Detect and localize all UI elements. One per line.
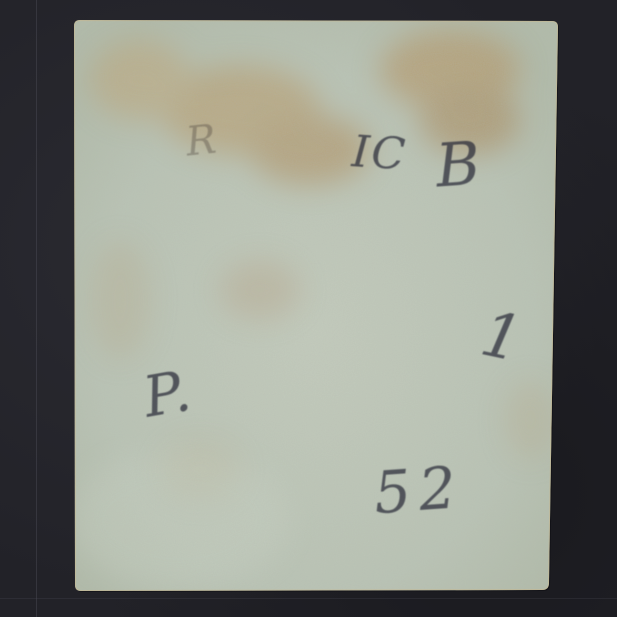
stamp-photo: R IC B 1 P. 52 — [0, 0, 617, 617]
pencil-mark-b: B — [434, 128, 485, 201]
pencil-mark-ic: IC — [350, 126, 408, 181]
pencil-mark-faint: R — [184, 116, 221, 165]
pencil-mark-52: 52 — [372, 453, 466, 527]
